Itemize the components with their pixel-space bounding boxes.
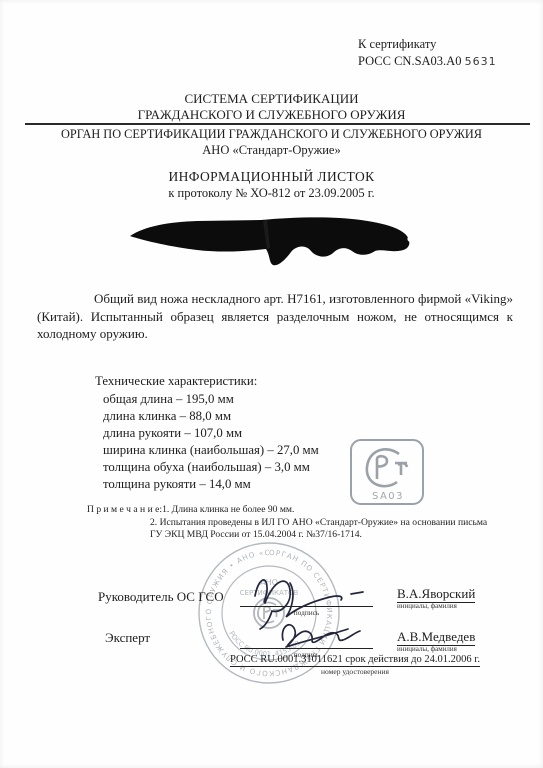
certificate-reference-line2: РОСС CN.SA03.А0 5631: [358, 53, 497, 70]
certificate-document-page: К сертификату РОСС CN.SA03.А0 5631 СИСТЕ…: [0, 0, 543, 768]
certificate-footer: РОСС RU.0001.31011621 срок действия до 2…: [190, 654, 520, 676]
signatory-name-label-expert: инициалы, фамилия: [397, 645, 457, 653]
signatory-name-expert: А.В.Медведев: [397, 629, 475, 646]
specs-list: общая длина – 195,0 мм длина клинка – 88…: [103, 391, 319, 493]
letterhead-system-line1: СИСТЕМА СЕРТИФИКАЦИИ: [0, 91, 543, 107]
certificate-number-label: номер удостоверения: [190, 667, 520, 676]
knife-photo: [127, 217, 429, 273]
document-subtitle: к протоколу № ХО-812 от 23.09.2005 г.: [0, 186, 543, 201]
document-title: ИНФОРМАЦИОННЫЙ ЛИСТОК: [0, 169, 543, 185]
signatory-role-head: Руководитель ОС ГСО: [98, 589, 224, 605]
note-line1: П р и м е ч а н и е:1. Длина клинка не б…: [87, 504, 507, 517]
note-item2-line1: 2. Испытания проведены в ИЛ ГО АНО «Стан…: [150, 517, 507, 530]
spec-item: толщина рукояти – 14,0 мм: [103, 476, 319, 493]
spec-item: длина рукояти – 107,0 мм: [103, 425, 319, 442]
stamp-code-text: SA03: [372, 491, 404, 502]
description-paragraph: Общий вид ножа нескладного арт. Н7161, и…: [37, 290, 513, 343]
note-label: П р и м е ч а н и е:: [87, 504, 162, 515]
certificate-number-prefix: РОСС CN.SA03.А0: [358, 54, 461, 68]
note-item1: 1. Длина клинка не более 90 мм.: [162, 504, 294, 515]
spec-item: ширина клинка (наибольшая) – 27,0 мм: [103, 442, 319, 459]
spec-item: длина клинка – 88,0 мм: [103, 408, 319, 425]
letterhead-system-line2: ГРАЖДАНСКОГО И СЛУЖЕБНОГО ОРУЖИЯ: [0, 107, 543, 123]
signature-expert-ink: [282, 625, 360, 647]
signatory-name-head: В.А.Яворский: [397, 586, 475, 603]
spec-item: толщина обуха (наибольшая) – 3,0 мм: [103, 459, 319, 476]
expert-certificate-number: РОСС RU.0001.31011621 срок действия до 2…: [230, 654, 480, 667]
letterhead-org-name: АНО «Стандарт-Оружие»: [0, 143, 543, 158]
signatory-role-expert: Эксперт: [105, 630, 150, 646]
certificate-reference-line1: К сертификату: [358, 36, 497, 53]
notes-block: П р и м е ч а н и е:1. Длина клинка не б…: [87, 504, 507, 542]
certificate-number-stamped: 5631: [465, 55, 497, 68]
rst-t-glyph: [395, 463, 407, 475]
certificate-reference: К сертификату РОСС CN.SA03.А0 5631: [358, 36, 497, 70]
spec-item: общая длина – 195,0 мм: [103, 391, 319, 408]
lanyard-hole: [407, 236, 412, 241]
specs-heading: Технические характеристики:: [95, 374, 257, 389]
signatory-name-label-head: инициалы, фамилия: [397, 602, 457, 610]
signature-head-ink: [255, 580, 363, 629]
letterhead-organ-line: ОРГАН ПО СЕРТИФИКАЦИИ ГРАЖДАНСКОГО И СЛУ…: [0, 127, 543, 142]
rst-c-glyph: [367, 449, 399, 486]
handwritten-signatures: [235, 556, 405, 660]
letterhead-divider: [25, 123, 530, 125]
conformity-mark-stamp: SA03: [347, 437, 429, 509]
rst-p-glyph: [377, 456, 387, 479]
